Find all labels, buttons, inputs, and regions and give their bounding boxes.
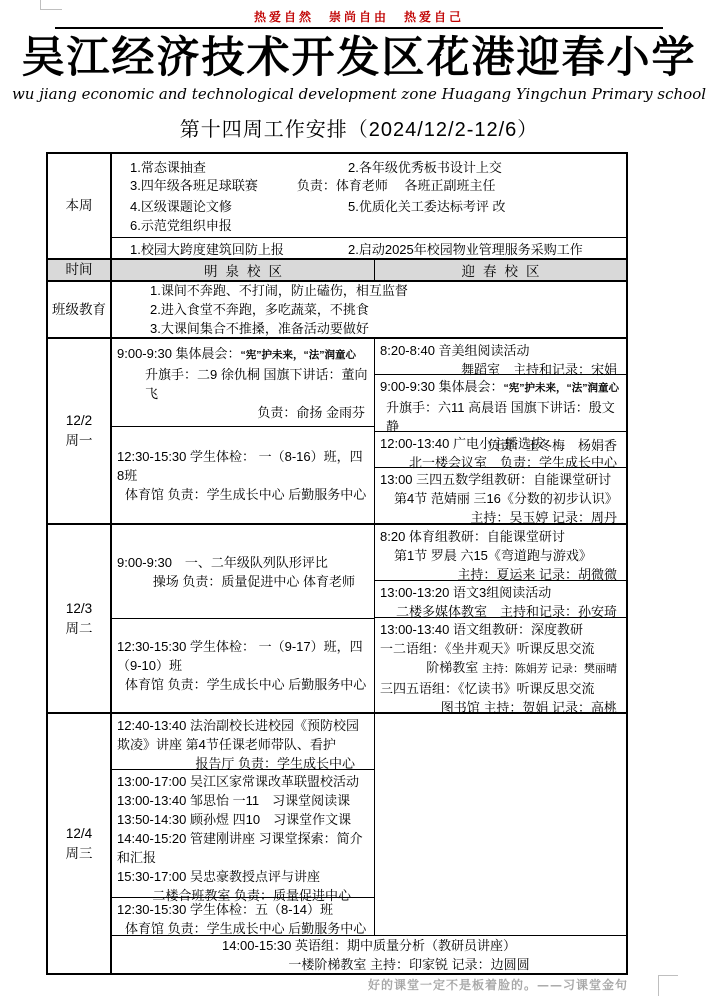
row-monday: 12/2 周一 9:00-9:30 集体晨会：“宪”护未来，“法”润童心 升旗手…: [48, 337, 626, 523]
schedule-line: 12:30-15:30 学生体检： 一（8-16）班，四8班: [117, 447, 369, 485]
wednesday-columns: 12:40-13:40 法治副校长进校园《预防校园欺凌》讲座 第4节任课老师带队…: [112, 714, 626, 935]
event-title: 9:00-9:30 集体晨会：: [380, 379, 504, 394]
school-name-cn: 吴江经济技术开发区花港迎春小学: [0, 32, 718, 84]
page-title: 第十四周工作安排（2024/12/2-12/6）: [0, 113, 718, 142]
schedule-cell: 9:00-9:30 集体晨会：“宪”护未来，“法”润童心 升旗手：二9 徐仇桐 …: [112, 339, 374, 426]
tuesday-mingquan-column: 9:00-9:30 一、二年级队列队形评比 操场 负责：质量促进中心 体育老师 …: [112, 525, 375, 712]
monday-yingchun-column: 8:20-8:40 音美组阅读活动 舞蹈室 主持和记录：宋娟 9:00-9:30…: [375, 339, 626, 523]
weekday: 周二: [66, 619, 93, 639]
event-title: 9:00-9:30 集体晨会：: [117, 346, 241, 361]
schedule-line: 一楼阶梯教室 主持：印家锐 记录：边圆圆: [112, 955, 626, 974]
hosts: 主持：陈娟芳 记录：樊丽晴: [482, 663, 617, 675]
schedule-line: 操场 负责：质量促进中心 体育老师: [117, 572, 369, 591]
week-item: 1.常态课抽查: [130, 157, 348, 176]
schedule-cell: 9:00-9:30 集体晨会：“宪”护未来，“法”润童心 升旗手：六11 高晨语…: [375, 374, 626, 431]
schedule-line: 13:00-13:20 语文3组阅读活动: [380, 583, 621, 602]
monday-mingquan-column: 9:00-9:30 集体晨会：“宪”护未来，“法”润童心 升旗手：二9 徐仇桐 …: [112, 339, 375, 523]
date: 12/3: [66, 599, 92, 619]
schedule-line: 13:00-17:00 吴江区家常课改革联盟校活动: [117, 772, 369, 791]
class-education-item: 3.大课间集合不推搡，准备活动要做好: [150, 319, 626, 338]
week-item: 1.校园大跨度建筑回防上报: [130, 239, 348, 258]
schedule-line: 12:30-15:30 学生体检：五（8-14）班: [117, 900, 369, 919]
wednesday-mingquan-column: 12:40-13:40 法治副校长进校园《预防校园欺凌》讲座 第4节任课老师带队…: [112, 714, 375, 935]
schedule-cell: 12:30-15:30 学生体检： 一（9-17）班，四（9-10）班 体育馆 …: [112, 618, 374, 712]
schedule-cell: 13:00 三四五数学组教研：自能课堂研讨 第4节 范婧丽 三16《分数的初步认…: [375, 467, 626, 523]
monday-content: 9:00-9:30 集体晨会：“宪”护未来，“法”润童心 升旗手：二9 徐仇桐 …: [112, 339, 626, 523]
wednesday-yingchun-column: [375, 714, 626, 935]
class-education-item: 2.进入食堂不奔跑，多吃蔬菜，不挑食: [150, 300, 626, 319]
footer-quote: 好的课堂一定不是板着脸的。——习课堂金句: [368, 976, 628, 993]
row-campus-header: 时间 明泉校区 迎春校区: [48, 258, 626, 280]
tuesday-yingchun-column: 8:20 体育组教研：自能课堂研讨 第1节 罗晨 六15《弯道跑与游戏》 主持：…: [375, 525, 626, 712]
schedule-line: 9:00-9:30 集体晨会：“宪”护未来，“法”润童心: [380, 377, 621, 398]
schedule-line: 第4节 范婧丽 三16《分数的初步认识》: [380, 489, 621, 508]
schedule-cell: 8:20-8:40 音美组阅读活动 舞蹈室 主持和记录：宋娟: [375, 339, 626, 374]
week-item: 6.示范党组织申报: [112, 216, 626, 235]
schedule-cell: 13:00-17:00 吴江区家常课改革联盟校活动 13:00-13:40 邹思…: [112, 769, 374, 897]
schedule-line: 13:00-13:40 邹思怡 一11 习课堂阅读课: [117, 791, 369, 810]
week-item-line: 1.常态课抽查 2.各年级优秀板书设计上交: [112, 157, 626, 176]
class-education-content: 1.课间不奔跑、不打闹，防止磕伤，相互监督 2.进入食堂不奔跑，多吃蔬菜，不挑食…: [112, 282, 626, 337]
schedule-line: 12:30-15:30 学生体检： 一（9-17）班，四（9-10）班: [117, 637, 369, 675]
schedule-line: 9:00-9:30 一、二年级队列队形评比: [117, 553, 369, 572]
schedule-line: 三四五语组：《忆读书》听课反思交流: [380, 679, 621, 698]
schedule-line: 13:50-14:30 顾孙煜 四10 习课堂作文课: [117, 810, 369, 829]
crop-mark-bottom-right: [658, 975, 678, 996]
this-week-label: 本周: [48, 154, 112, 258]
campus-yingchun-header: 迎春校区: [375, 260, 626, 280]
schedule-cell: 12:40-13:40 法治副校长进校园《预防校园欺凌》讲座 第4节任课老师带队…: [112, 714, 374, 769]
schedule-line: 15:30-17:00 吴忠豪教授点评与讲座: [117, 867, 369, 886]
schedule-line: 升旗手：二9 徐仇桐 国旗下讲话：董向飞: [117, 365, 369, 403]
schedule-line: 9:00-9:30 集体晨会：“宪”护未来，“法”润童心: [117, 344, 369, 365]
wednesday-content: 12:40-13:40 法治副校长进校园《预防校园欺凌》讲座 第4节任课老师带队…: [112, 714, 626, 973]
weekday: 周一: [66, 431, 93, 451]
schedule-cell: 13:00-13:40 语文组教研：深度教研 一二语组：《坐井观天》听课反思交流…: [375, 617, 626, 712]
schedule-line: 第1节 罗晨 六15《弯道跑与游戏》: [380, 546, 621, 565]
weekday: 周三: [66, 844, 93, 864]
week-item: 3.四年级各班足球联赛 负责：体育老师 各班正副班主任: [112, 176, 626, 195]
class-education-label: 班级教育: [48, 282, 112, 337]
schedule-line: 体育馆 负责：学生成长中心 后勤服务中心: [117, 485, 369, 504]
date: 12/4: [66, 824, 92, 844]
class-education-item: 1.课间不奔跑、不打闹，防止磕伤，相互监督: [150, 281, 626, 300]
schedule-cell: 9:00-9:30 一、二年级队列队形评比 操场 负责：质量促进中心 体育老师: [112, 525, 374, 618]
this-week-content: 1.常态课抽查 2.各年级优秀板书设计上交 3.四年级各班足球联赛 负责：体育老…: [112, 154, 626, 258]
row-tuesday: 12/3 周二 9:00-9:30 一、二年级队列队形评比 操场 负责：质量促进…: [48, 523, 626, 712]
week-item: 5.优质化关工委达标考评 改: [348, 196, 626, 215]
tuesday-date-label: 12/3 周二: [48, 525, 112, 712]
time-column-label: 时间: [48, 260, 112, 280]
weekly-schedule-table: 本周 1.常态课抽查 2.各年级优秀板书设计上交 3.四年级各班足球联赛 负责：…: [46, 152, 628, 975]
schedule-line: 14:00-15:30 英语组：期中质量分析（教研员讲座）: [112, 936, 626, 955]
room: 阶梯教室: [426, 660, 478, 675]
schedule-line: 14:40-15:20 管建刚讲座 习课堂探索：简介和汇报: [117, 829, 369, 867]
slogan-text: “宪”护未来，“法”润童心: [504, 382, 620, 394]
row-wednesday: 12/4 周三 12:40-13:40 法治副校长进校园《预防校园欺凌》讲座 第…: [48, 712, 626, 973]
schedule-line: 12:00-13:40 广电小主播选拔: [380, 434, 621, 453]
week-item: 2.启动2025年校园物业管理服务采购工作: [348, 239, 626, 258]
document-page: 热爱自然 崇尚自由 热爱自己 吴江经济技术开发区花港迎春小学 wu jiang …: [0, 0, 718, 996]
row-class-education: 班级教育 1.课间不奔跑、不打闹，防止磕伤，相互监督 2.进入食堂不奔跑，多吃蔬…: [48, 280, 626, 337]
row-this-week: 本周 1.常态课抽查 2.各年级优秀板书设计上交 3.四年级各班足球联赛 负责：…: [48, 154, 626, 258]
this-week-items: 1.常态课抽查 2.各年级优秀板书设计上交 3.四年级各班足球联赛 负责：体育老…: [112, 154, 626, 237]
schedule-line: 8:20-8:40 音美组阅读活动: [380, 341, 621, 360]
schedule-cell: 8:20 体育组教研：自能课堂研讨 第1节 罗晨 六15《弯道跑与游戏》 主持：…: [375, 525, 626, 580]
schedule-line: 13:00 三四五数学组教研：自能课堂研讨: [380, 470, 621, 489]
schedule-line: 体育馆 负责：学生成长中心 后勤服务中心: [117, 675, 369, 694]
school-motto: 热爱自然 崇尚自由 热爱自己: [0, 8, 718, 25]
schedule-cell: 12:00-13:40 广电小主播选拔 北一楼会议室 负责：学生成长中心: [375, 431, 626, 467]
schedule-line: 13:00-13:40 语文组教研：深度教研: [380, 620, 621, 639]
schedule-cell: 12:30-15:30 学生体检： 一（8-16）班，四8班 体育馆 负责：学生…: [112, 426, 374, 523]
school-name-en: wu jiang economic and technological deve…: [0, 85, 718, 103]
monday-date-label: 12/2 周一: [48, 339, 112, 523]
header-divider-rule: [55, 27, 663, 29]
schedule-line: 8:20 体育组教研：自能课堂研讨: [380, 527, 621, 546]
tuesday-content: 9:00-9:30 一、二年级队列队形评比 操场 负责：质量促进中心 体育老师 …: [112, 525, 626, 712]
schedule-line: 负责：俞扬 金雨芬: [117, 403, 369, 422]
english-group-spanning-cell: 14:00-15:30 英语组：期中质量分析（教研员讲座） 一楼阶梯教室 主持：…: [112, 935, 626, 973]
schedule-cell: 12:30-15:30 学生体检：五（8-14）班 体育馆 负责：学生成长中心 …: [112, 897, 374, 935]
schedule-line: 阶梯教室 主持：陈娟芳 记录：樊丽晴: [380, 658, 621, 679]
wednesday-date-label: 12/4 周三: [48, 714, 112, 973]
campus-mingquan-header: 明泉校区: [112, 260, 375, 280]
schedule-line: 12:40-13:40 法治副校长进校园《预防校园欺凌》讲座 第4节任课老师带队…: [117, 716, 369, 754]
date: 12/2: [66, 411, 92, 431]
week-item: 4.区级课题论文修: [130, 196, 348, 215]
week-item-line: 4.区级课题论文修 5.优质化关工委达标考评 改: [112, 196, 626, 215]
week-admin-line: 1.校园大跨度建筑回防上报 2.启动2025年校园物业管理服务采购工作: [112, 237, 626, 258]
schedule-line: 一二语组：《坐井观天》听课反思交流: [380, 639, 621, 658]
week-item: 2.各年级优秀板书设计上交: [348, 157, 626, 176]
slogan-text: “宪”护未来，“法”润童心: [241, 349, 357, 361]
schedule-cell: 13:00-13:20 语文3组阅读活动 二楼多媒体教室 主持和记录：孙安琦: [375, 580, 626, 617]
